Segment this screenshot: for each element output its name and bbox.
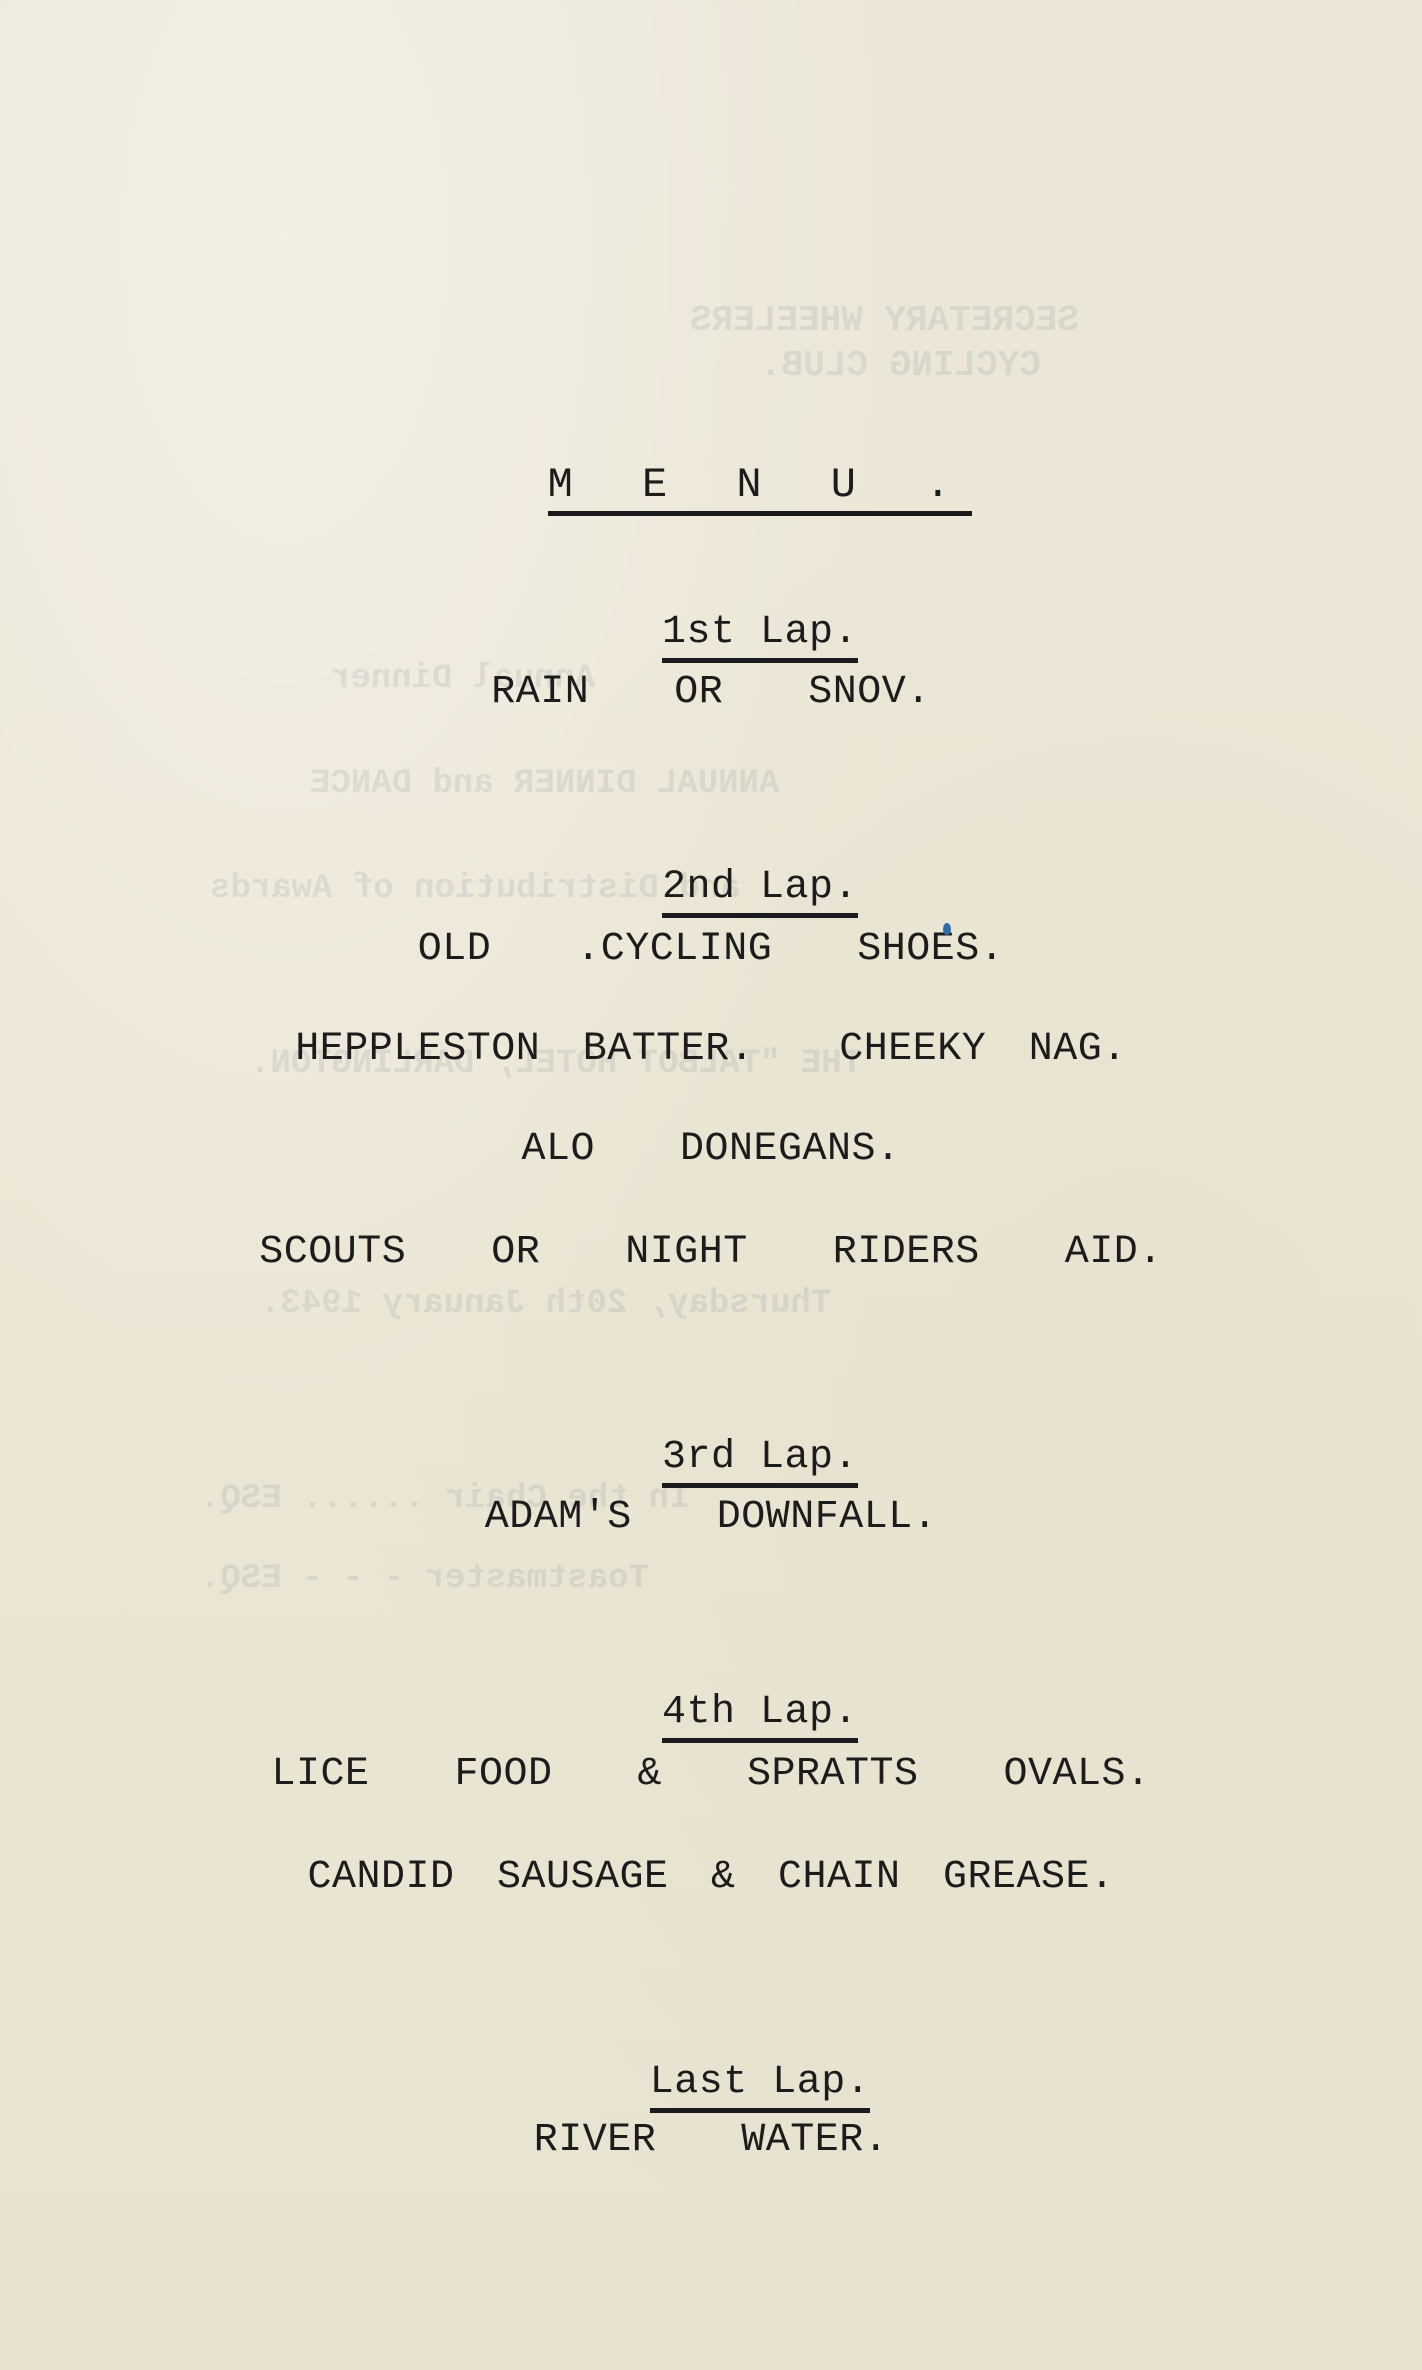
ink-blot [943,923,951,935]
menu-page: SECRETARY WHEELERS CYCLING CLUB. Annual … [0,0,1422,2370]
menu-item: SCOUTS OR NIGHT RIDERS AID. [0,1230,1422,1275]
course-heading-text: 1st Lap. [662,612,858,663]
menu-title: M E N U . [0,418,1422,561]
course-heading-text: 4th Lap. [662,1692,858,1743]
menu-item: ALO DONEGANS. [0,1127,1422,1172]
menu-item: RAIN OR SNOV. [0,670,1422,715]
course-heading-text: Last Lap. [650,2062,871,2113]
menu-item: RIVER WATER. [0,2118,1422,2163]
show-through-text: Toastmaster - - - ESQ. [200,1560,649,1598]
show-through-text: CYCLING CLUB. [760,345,1041,386]
course-heading-text: 3rd Lap. [662,1437,858,1488]
menu-item: CANDID SAUSAGE & CHAIN GREASE. [0,1855,1422,1900]
menu-item: ADAM'S DOWNFALL. [0,1495,1422,1540]
menu-item: HEPPLESTON BATTER. CHEEKY NAG. [0,1027,1422,1072]
show-through-text: SECRETARY WHEELERS [690,300,1079,341]
show-through-text: ANNUAL DINNER and DANCE [310,765,779,803]
course-heading-text: 2nd Lap. [662,867,858,918]
show-through-text: Thursday, 20th January 1943. [260,1285,831,1323]
menu-title-text: M E N U . [548,463,973,516]
menu-item: LICE FOOD & SPRATTS OVALS. [0,1752,1422,1797]
menu-item: OLD .CYCLING SHOES. [0,927,1422,972]
